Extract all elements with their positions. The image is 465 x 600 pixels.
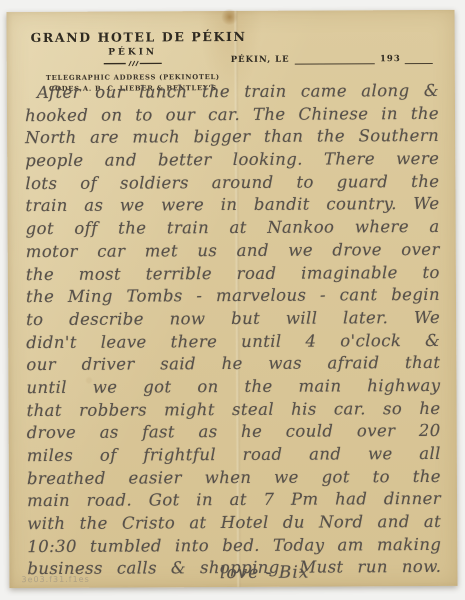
letter-line: 10:30 tumbled into bed. Today am making (27, 534, 441, 559)
letter-line: to describe now but will later. We (26, 307, 440, 332)
letter-body: After our lunch the train came along &ho… (25, 80, 442, 581)
letter-line: people and better looking. There were (25, 148, 439, 173)
letter-line: train as we were in bandit country. We (25, 193, 439, 218)
letter-line: North are much bigger than the Southern (25, 125, 439, 150)
dateline-place: PÉKIN, LE (231, 55, 290, 65)
letter-line: our driver said he was afraid that (26, 352, 440, 377)
letter-line: main road. Got in at 7 Pm had dinner (27, 488, 441, 513)
signature: love - Bix (220, 563, 310, 583)
letter-line: lots of soldiers around to guard the (25, 171, 439, 196)
letter-line: until we got on the main highway (26, 375, 440, 400)
letter-line: the most terrible road imaginable to (26, 261, 440, 286)
letter-line: that robbers might steal his car. so he (27, 398, 441, 423)
letter-line: miles of frightful road and we all (27, 443, 441, 468)
letter-line: drove as fast as he could over 20 (27, 420, 441, 445)
letter-paper: GRAND HOTEL DE PÉKIN PÉKIN TELEGRAPHIC A… (6, 10, 457, 588)
letter-line: After our lunch the train came along & (25, 80, 439, 105)
letter-line: got off the train at Nankoo where a (26, 216, 440, 241)
dateline: PÉKIN, LE 193 (231, 54, 433, 65)
hotel-name: GRAND HOTEL DE PÉKIN (31, 29, 235, 45)
ornament-divider-icon (31, 59, 235, 68)
letter-line: the Ming Tombs - marvelous - cant begin (26, 284, 440, 309)
letter-line: breathed easier when we got to the (27, 466, 441, 491)
dateline-year: 193 (380, 54, 401, 64)
letter-line: didn't leave there until 4 o'clock & (26, 329, 440, 354)
archival-watermark: 3e03.f31.f1es (21, 575, 89, 584)
hotel-city: PÉKIN (31, 47, 235, 58)
dateline-year-rule (405, 55, 433, 64)
paper-stain (220, 9, 238, 25)
letter-line: with the Cristo at Hotel du Nord and at (27, 511, 441, 536)
letter-line: hooked on to our car. The Chinese in the (25, 103, 439, 128)
dateline-rule (295, 55, 375, 64)
letter-line: motor car met us and we drove over (26, 239, 440, 264)
